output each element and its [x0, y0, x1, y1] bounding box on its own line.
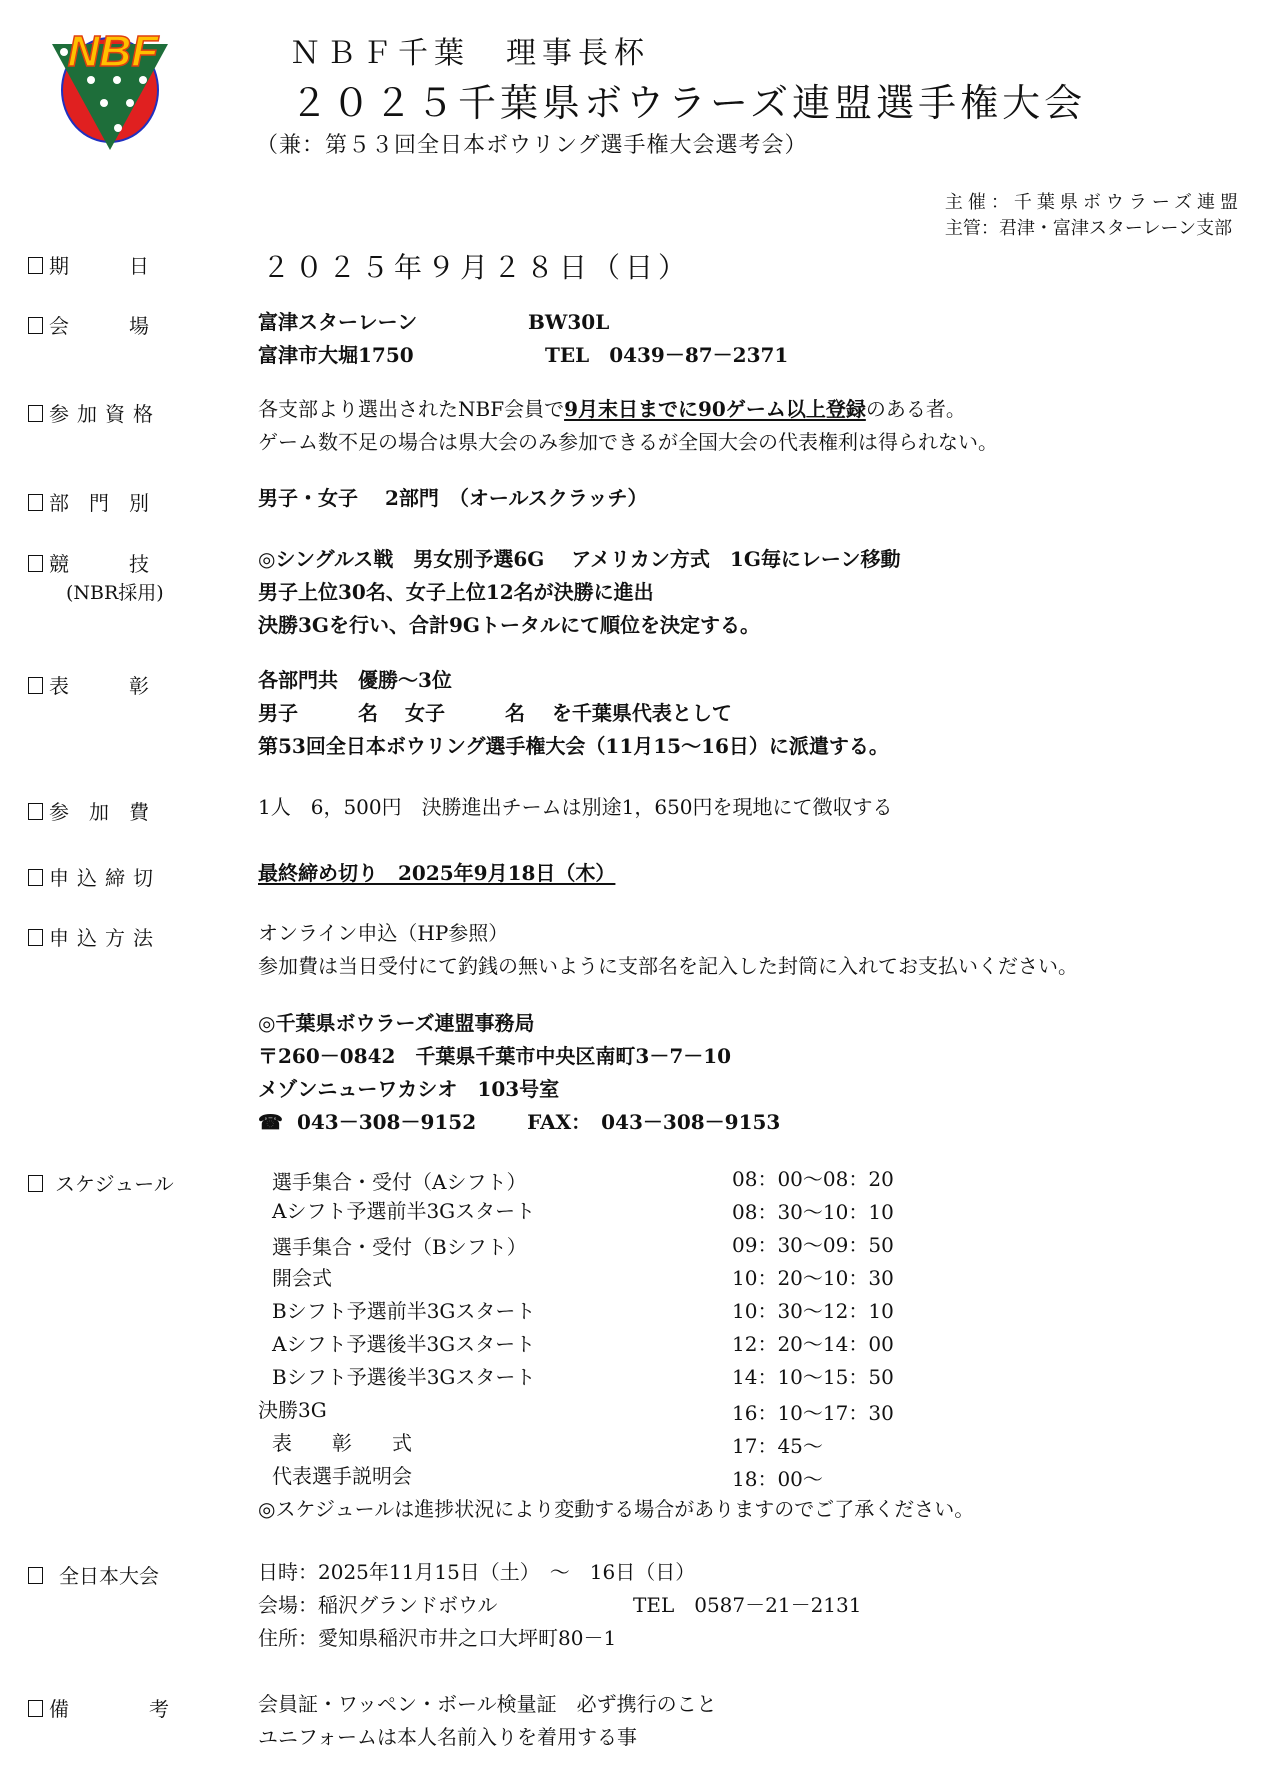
national-label: 全日本大会 — [28, 1560, 159, 1589]
competition-line1: ◎シングルス戦 男女別予選6G アメリカン方式 1G毎にレーン移動 — [258, 543, 901, 576]
application-label: 申込方法 — [28, 922, 161, 951]
remarks-label: 備 考 — [28, 1693, 169, 1722]
event-subtitle: ＮＢＦ千葉 理事長杯 — [290, 28, 650, 72]
nbf-logo-icon: NBF — [50, 22, 170, 152]
schedule-event: 選手集合・受付（Bシフト） — [272, 1231, 527, 1260]
schedule-time: 17：45～ — [732, 1430, 823, 1459]
fee-value: 1人 6，500円 決勝進出チームは別途1，650円を現地にて徴収する — [258, 791, 893, 824]
division-label: 部 門 別 — [28, 487, 149, 516]
national-datetime: 日時：2025年11月15日（土） ～ 16日（日） — [258, 1556, 695, 1589]
checkbox-icon — [28, 257, 43, 274]
checkbox-icon — [28, 677, 43, 694]
eligibility-requirement: 9月末日までに90ゲーム以上登録 — [564, 397, 866, 421]
checkbox-icon — [28, 869, 43, 886]
schedule-event: Bシフト予選後半3Gスタート — [272, 1361, 535, 1390]
schedule-event: 選手集合・受付（Aシフト） — [272, 1166, 526, 1195]
venue-lanes: BW30L — [528, 306, 609, 339]
event-date: ２０２５年９月２８日（日） — [262, 246, 691, 286]
schedule-event: 代表選手説明会 — [272, 1460, 412, 1489]
schedule-event: 開会式 — [272, 1262, 332, 1291]
office-name: ◎千葉県ボウラーズ連盟事務局 — [258, 1007, 534, 1040]
national-tel: TEL 0587－21－2131 — [633, 1589, 861, 1622]
svg-text:NBF: NBF — [68, 27, 160, 76]
remarks-line2: ユニフォームは本人名前入りを着用する事 — [258, 1721, 637, 1754]
schedule-time: 08：00～08：20 — [732, 1163, 894, 1192]
venue-label: 会 場 — [28, 310, 149, 339]
organizer: 主催：千葉県ボウラーズ連盟 — [945, 190, 1243, 216]
schedule-time: 09：30～09：50 — [732, 1229, 894, 1258]
schedule-note: ◎スケジュールは進捗状況により変動する場合がありますのでご了承ください。 — [258, 1493, 974, 1522]
competition-line2: 男子上位30名、女子上位12名が決勝に進出 — [258, 576, 654, 609]
schedule-time: 10：20～10：30 — [732, 1262, 894, 1291]
eligibility-line2: ゲーム数不足の場合は県大会のみ参加できるが全国大会の代表権利は得られない。 — [258, 426, 998, 459]
awards-label: 表 彰 — [28, 670, 149, 699]
schedule-event: 表 彰 式 — [272, 1427, 412, 1456]
schedule-time: 14：10～15：50 — [732, 1361, 894, 1390]
organizer-block: 主催：千葉県ボウラーズ連盟 主管：君津・富津スターレーン支部 — [945, 190, 1243, 242]
office-postal-address: 〒260－0842 千葉県千葉市中央区南町3－7－10 — [258, 1040, 731, 1073]
division-value: 男子・女子 2部門 （オールスクラッチ） — [258, 482, 647, 515]
schedule-event: Aシフト予選前半3Gスタート — [272, 1195, 535, 1224]
schedule-event: Bシフト予選前半3Gスタート — [272, 1295, 535, 1324]
deadline-value: 最終締め切り 2025年9月18日（木） — [258, 857, 615, 890]
event-note: （兼：第５３回全日本ボウリング選手権大会選考会） — [256, 128, 808, 159]
venue-address: 富津市大堀1750 — [258, 339, 414, 372]
office-contact: ☎ 043－308－9152 FAX： 043－308－9153 — [258, 1106, 780, 1139]
checkbox-icon — [28, 803, 43, 820]
national-address: 住所：愛知県稲沢市井之口大坪町80－1 — [258, 1622, 616, 1655]
schedule-event: 決勝3G — [258, 1394, 327, 1423]
national-venue: 会場：稲沢グランドボウル — [258, 1589, 497, 1622]
date-label: 期 日 — [28, 250, 149, 279]
checkbox-icon — [28, 929, 43, 946]
remarks-line1: 会員証・ワッペン・ボール検量証 必ず携行のこと — [258, 1688, 717, 1721]
competition-line3: 決勝3Gを行い、合計9Gトータルにて順位を決定する。 — [258, 609, 760, 642]
schedule-event: Aシフト予選後半3Gスタート — [272, 1328, 535, 1357]
checkbox-icon — [28, 1700, 43, 1717]
checkbox-icon — [28, 494, 43, 511]
schedule-time: 12：20～14：00 — [732, 1328, 894, 1357]
checkbox-icon — [28, 1567, 43, 1584]
awards-line2: 男子 名 女子 名 を千葉県代表として — [258, 697, 732, 730]
awards-line3: 第53回全日本ボウリング選手権大会（11月15～16日）に派遣する。 — [258, 730, 889, 763]
checkbox-icon — [28, 317, 43, 334]
fee-label: 参 加 費 — [28, 796, 149, 825]
schedule-label: スケジュール — [28, 1168, 174, 1197]
schedule-time: 10：30～12：10 — [732, 1295, 894, 1324]
eligibility-label: 参加資格 — [28, 398, 161, 427]
checkbox-icon — [28, 555, 43, 572]
office-building: メゾンニューワカシオ 103号室 — [258, 1073, 559, 1106]
competition-label: 競 技 — [28, 548, 149, 577]
page-title: ２０２５千葉県ボウラーズ連盟選手権大会 — [290, 72, 1086, 127]
office-fax: FAX： 043－308－9153 — [527, 1110, 780, 1134]
eligibility-line1: 各支部より選出されたNBF会員で9月末日までに90ゲーム以上登録のある者。 — [258, 393, 966, 426]
phone-icon: ☎ — [258, 1106, 280, 1139]
office-phone: 043－308－9152 — [297, 1110, 476, 1134]
deadline-label: 申込締切 — [28, 862, 161, 891]
application-line2: 参加費は当日受付にて釣銭の無いように支部名を記入した封筒に入れてお支払いください… — [258, 950, 1078, 983]
manager: 主管：君津・富津スターレーン支部 — [945, 216, 1243, 242]
venue-name: 富津スターレーン — [258, 306, 417, 339]
schedule-time: 08：30～10：10 — [732, 1196, 894, 1225]
checkbox-icon — [28, 405, 43, 422]
awards-line1: 各部門共 優勝～3位 — [258, 664, 452, 697]
schedule-time: 18：00～ — [732, 1463, 823, 1492]
schedule-time: 16：10～17：30 — [732, 1397, 894, 1426]
nbf-logo: NBF — [50, 22, 170, 152]
application-line1: オンライン申込（HP参照） — [258, 917, 508, 950]
competition-sublabel: (NBR採用) — [66, 578, 164, 605]
venue-tel: TEL 0439－87－2371 — [545, 339, 788, 372]
checkbox-icon — [28, 1175, 43, 1192]
